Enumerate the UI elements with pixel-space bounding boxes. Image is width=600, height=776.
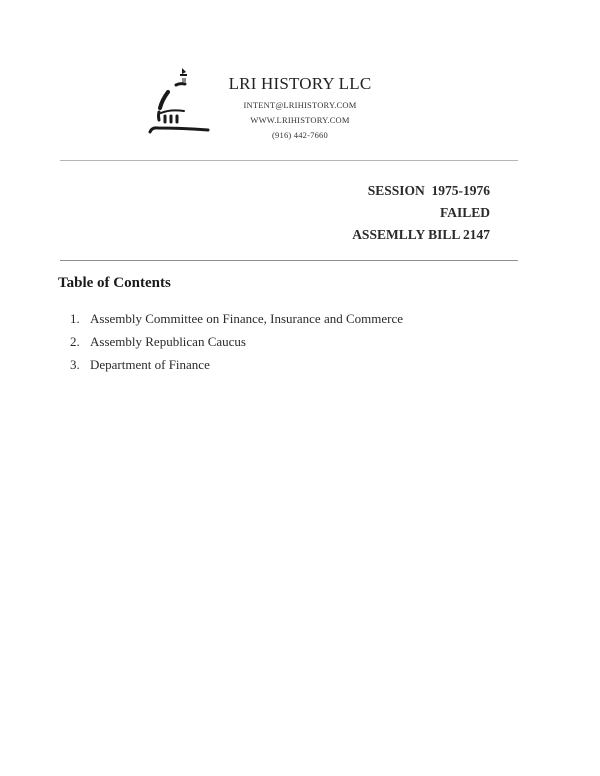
toc-item-label: Assembly Republican Caucus [90,330,246,353]
toc-item-label: Department of Finance [90,353,210,376]
toc-item[interactable]: 3. Department of Finance [70,353,403,376]
toc-item-number: 1. [70,307,90,330]
toc-title: Table of Contents [58,275,171,292]
toc-list: 1. Assembly Committee on Finance, Insura… [70,307,403,376]
header-divider [60,160,518,161]
session-label: SESSION 1975-1976 [352,180,490,202]
toc-item-number: 3. [70,353,90,376]
company-header: LRI HISTORY LLC INTENT@LRIHISTORY.COM WW… [220,74,380,143]
company-phone: (916) 442-7660 [220,128,380,143]
company-email: INTENT@LRIHISTORY.COM [220,98,380,113]
toc-item-label: Assembly Committee on Finance, Insurance… [90,307,403,330]
status-label: FAILED [352,202,490,224]
capitol-dome-icon [142,64,218,140]
bill-info: SESSION 1975-1976 FAILED ASSEMLLY BILL 2… [352,180,490,246]
bill-label: ASSEMLLY BILL 2147 [352,224,490,246]
toc-item[interactable]: 2. Assembly Republican Caucus [70,330,403,353]
company-website: WWW.LRIHISTORY.COM [220,113,380,128]
toc-item-number: 2. [70,330,90,353]
company-name: LRI HISTORY LLC [220,74,380,94]
bill-info-divider [60,260,518,261]
toc-item[interactable]: 1. Assembly Committee on Finance, Insura… [70,307,403,330]
